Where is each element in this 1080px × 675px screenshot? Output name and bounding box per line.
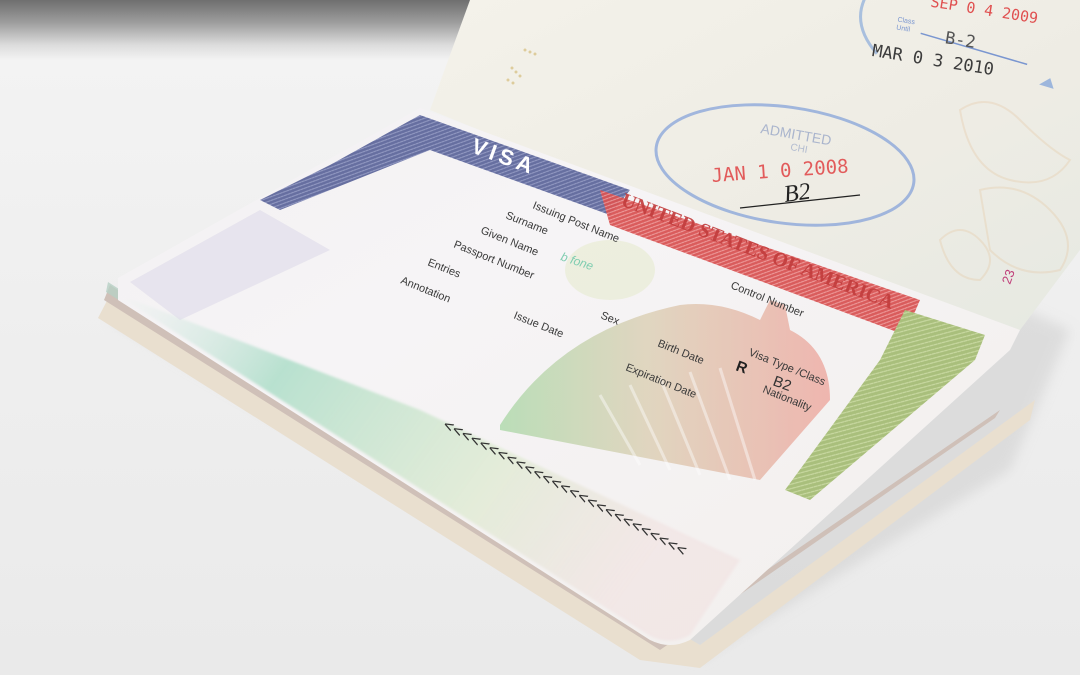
passport-photo: SEP 0 4 2009 Class Until B-2 MAR 0 3 201… — [0, 0, 1080, 675]
